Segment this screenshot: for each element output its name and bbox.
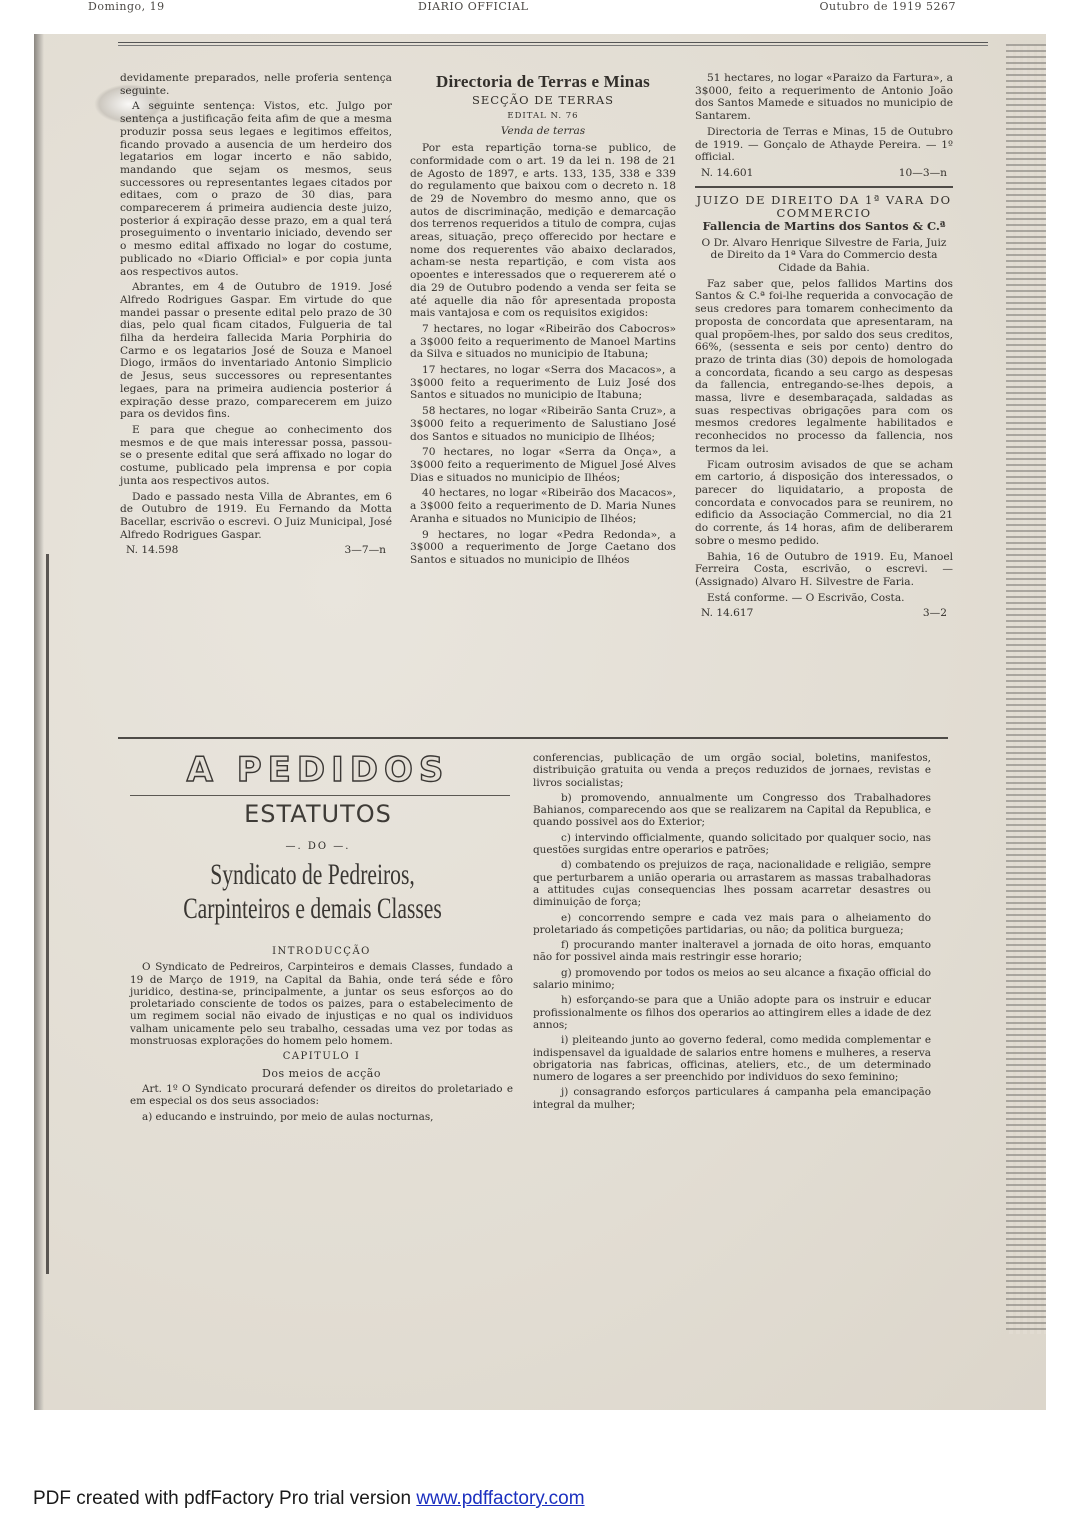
syndicate-title: Syndicato de Pedreiros, Carpinteiros e d… (160, 858, 466, 926)
scan-noise-edge (1006, 44, 1046, 1334)
list-item: conferencias, publicação de um orgão soc… (533, 752, 931, 789)
paragraph: devidamente preparados, nelle proferia s… (120, 72, 392, 97)
list-item: 7 hectares, no logar «Ribeirão dos Caboc… (410, 323, 676, 361)
paragraph: 51 hectares, no logar «Paraizo da Fartur… (695, 72, 953, 123)
column-estatutos-left: INTRODUCÇÃO O Syndicato de Pedreiros, Ca… (130, 942, 513, 1126)
intro-heading: INTRODUCÇÃO (130, 946, 513, 958)
masthead-date: Domingo, 19 (88, 0, 165, 13)
pdffactory-link[interactable]: www.pdffactory.com (416, 1488, 584, 1509)
section-heading: JUIZO DE DIREITO DA 1ª VARA DO COMMERCIO (695, 194, 953, 220)
binding-edge-line (46, 554, 49, 1274)
chapter-title: Dos meios de acção (130, 1068, 513, 1080)
list-item: 58 hectares, no logar «Ribeirão Santa Cr… (410, 405, 676, 443)
paragraph: E para que chegue ao conhecimento dos me… (120, 424, 392, 488)
list-item: h) esforçando-se para que a União adopte… (533, 994, 931, 1031)
notice-signature: N. 14.598 3—7—n (120, 544, 392, 557)
notice-code: 10—3—n (899, 167, 947, 180)
paragraph: O Dr. Alvaro Henrique Silvestre de Faria… (695, 237, 953, 275)
list-item: 70 hectares, no logar «Serra da Onça», a… (410, 446, 676, 484)
section-subheading: SECÇÃO DE TERRAS (410, 94, 676, 107)
masthead-page: Outubro de 1919 5267 (819, 0, 956, 13)
paragraph: Por esta repartição torna-se publico, de… (410, 142, 676, 320)
list-item: a) educando e instruindo, por meio de au… (130, 1111, 513, 1123)
column-juizo-commercio: 51 hectares, no logar «Paraizo da Fartur… (695, 72, 953, 620)
list-item: 17 hectares, no logar «Serra dos Macacos… (410, 364, 676, 402)
notice-code: 3—2 (923, 607, 947, 620)
list-item: e) concorrendo sempre e cada vez mais pa… (533, 912, 931, 937)
masthead-rule (118, 42, 988, 46)
title-connector: —. DO —. (138, 841, 498, 852)
paragraph: Directoria de Terras e Minas, 15 de Outu… (695, 126, 953, 164)
notice-number: N. 14.617 (701, 607, 753, 620)
list-item: d) combatendo os prejuizos de raça, naci… (533, 859, 931, 908)
notice-number: N. 14.601 (701, 167, 753, 180)
paragraph: Abrantes, em 4 de Outubro de 1919. José … (120, 281, 392, 421)
notice-number: N. 14.598 (126, 544, 178, 557)
edital-number: EDITAL N. 76 (410, 110, 676, 123)
list-item: i) pleiteando junto ao governo federal, … (533, 1034, 931, 1083)
apedidos-banner: A PEDIDOS (138, 750, 498, 790)
section-divider (118, 737, 948, 739)
list-item: j) consagrando esforços particulares á c… (533, 1086, 931, 1111)
banner-divider (130, 795, 510, 796)
paragraph: Ficam outrosim avisados de que se acham … (695, 459, 953, 548)
list-item: g) promovendo por todos os meios ao seu … (533, 967, 931, 992)
pdf-footer: PDF created with pdfFactory Pro trial ve… (33, 1488, 585, 1510)
paragraph: Faz saber que, pelos fallidos Martins do… (695, 278, 953, 456)
paragraph: Dado e passado nesta Villa de Abrantes, … (120, 491, 392, 542)
column-edital-abrantes: devidamente preparados, nelle proferia s… (120, 72, 392, 557)
estatutos-title: ESTATUTOS (138, 800, 498, 828)
column-estatutos-right: conferencias, publicação de um orgão soc… (533, 752, 931, 1114)
paragraph: Art. 1º O Syndicato procurará defender o… (130, 1083, 513, 1108)
notice-code: 3—7—n (345, 544, 387, 557)
scan-edge-shadow (34, 34, 44, 1410)
paragraph: A seguinte sentença: Vistos, etc. Julgo … (120, 100, 392, 278)
masthead: Domingo, 19 DIARIO OFFICIAL Outubro de 1… (88, 0, 978, 32)
section-divider (695, 180, 953, 188)
section-subheading: Fallencia de Martins dos Santos & C.ª (695, 220, 953, 233)
list-item: 9 hectares, no logar «Pedra Redonda», a … (410, 529, 676, 567)
paragraph: O Syndicato de Pedreiros, Carpinteiros e… (130, 961, 513, 1047)
list-item: c) intervindo officialmente, quando soli… (533, 832, 931, 857)
footer-text: PDF created with pdfFactory Pro trial ve… (33, 1488, 416, 1509)
list-item: b) promovendo, annualmente um Congresso … (533, 792, 931, 829)
notice-signature: N. 14.617 3—2 (695, 607, 953, 620)
notice-signature: N. 14.601 10—3—n (695, 167, 953, 180)
list-item: f) procurando manter inalteravel a jorna… (533, 939, 931, 964)
chapter-heading: CAPITULO I (130, 1051, 513, 1063)
paragraph: Está conforme. — O Escrivão, Costa. (695, 592, 953, 605)
column-directoria-terras: Directoria de Terras e Minas SECÇÃO DE T… (410, 72, 676, 570)
edital-subtitle: Venda de terras (410, 125, 676, 138)
masthead-title: DIARIO OFFICIAL (418, 0, 528, 13)
section-heading: Directoria de Terras e Minas (410, 72, 676, 92)
list-item: 40 hectares, no logar «Ribeirão dos Maca… (410, 487, 676, 525)
paragraph: Bahia, 16 de Outubro de 1919. Eu, Manoel… (695, 551, 953, 589)
